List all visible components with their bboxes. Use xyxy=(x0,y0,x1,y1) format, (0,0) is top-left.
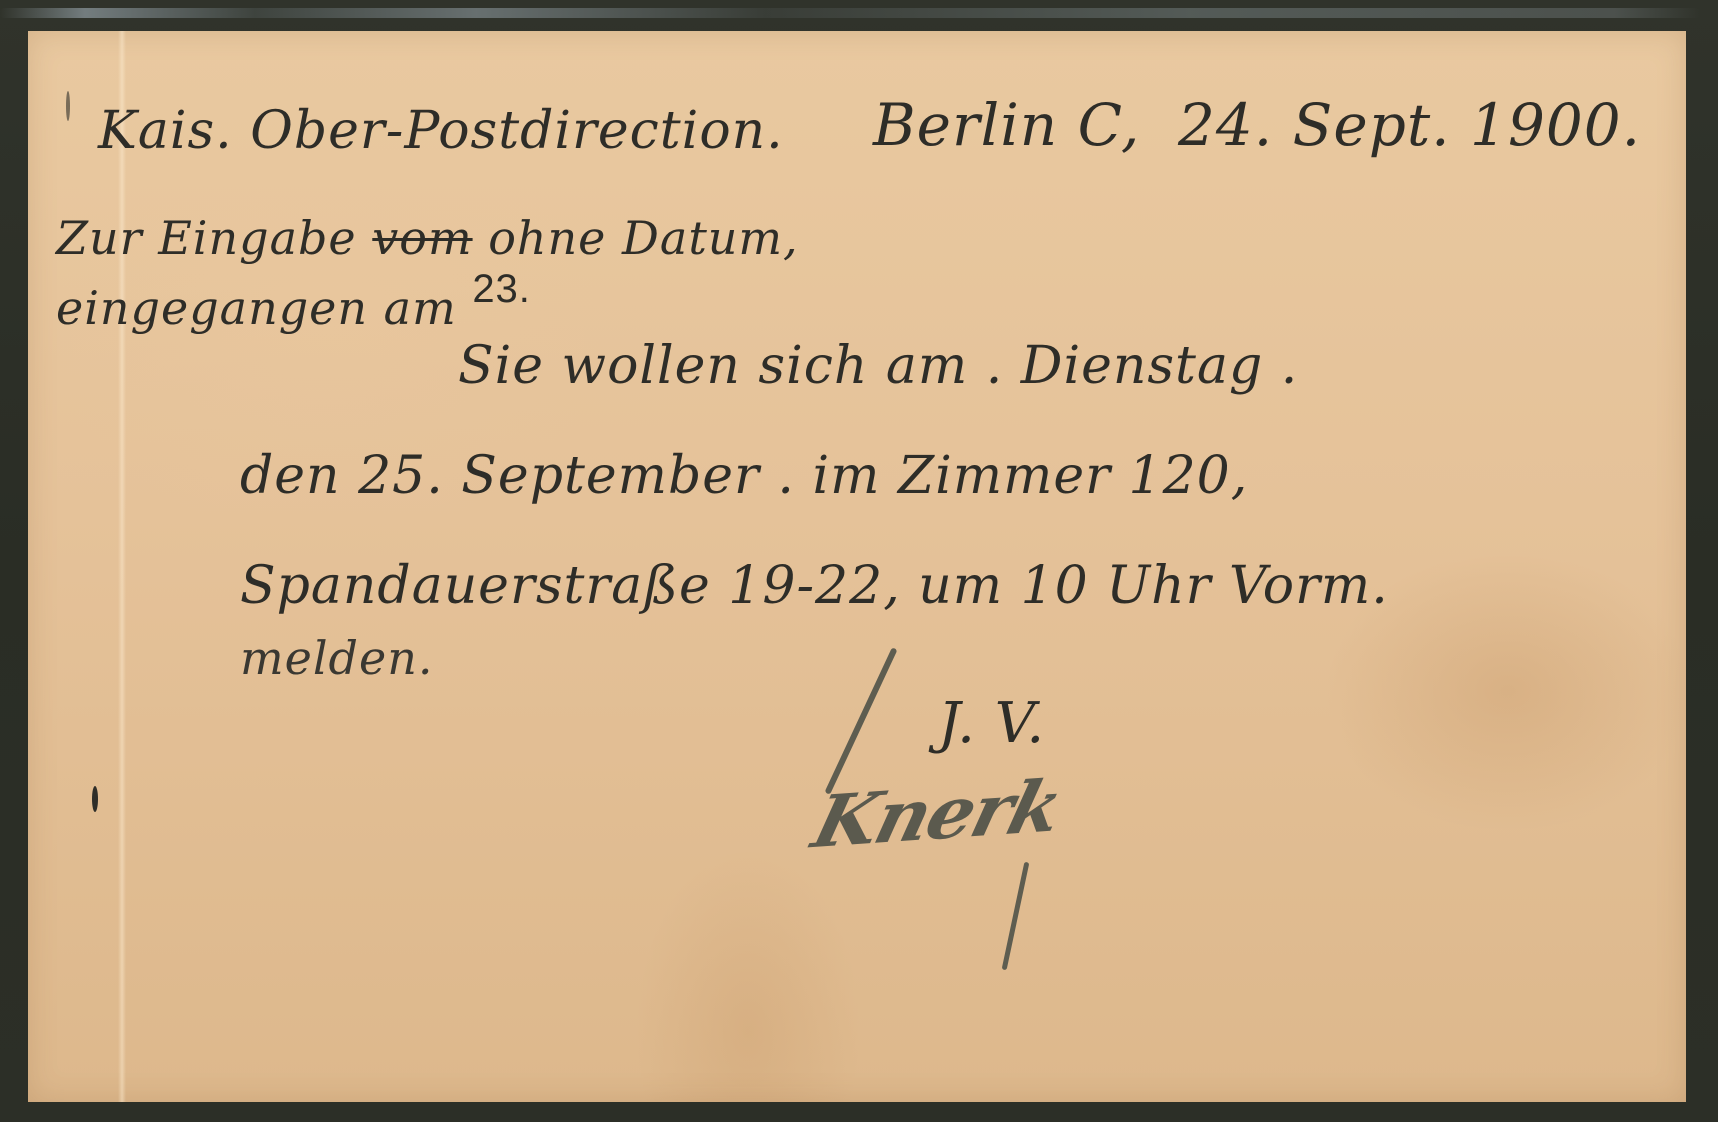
reference-suffix: ohne Datum, xyxy=(488,211,798,265)
reference-prefix: Zur Eingabe xyxy=(56,211,357,265)
body-line-1: Sie wollen sich am . Dienstag . xyxy=(458,336,1298,396)
body-line-3: Spandauerstraße 19-22, um 10 Uhr Vorm. xyxy=(240,556,1389,616)
card-fold-line xyxy=(118,31,126,1102)
protective-sleeve-glare xyxy=(0,8,1700,18)
reference-received: eingegangen am xyxy=(56,281,457,335)
header-place: Berlin C, xyxy=(873,91,1140,159)
reference-struck-word: vom xyxy=(372,211,472,265)
signature-flourish-stroke xyxy=(824,647,897,795)
reference-line-2: eingegangen am 23. xyxy=(56,281,531,335)
signature: Knerk xyxy=(805,763,1070,864)
ink-speck xyxy=(92,786,98,812)
pencil-tick xyxy=(66,91,70,121)
closing-initials: J. V. xyxy=(938,691,1045,756)
body-line-2: den 25. September . im Zimmer 120, xyxy=(240,446,1248,506)
body-line-4: melden. xyxy=(240,631,433,685)
reference-day-number: 23. xyxy=(472,267,531,311)
postcard: Kais. Ober-Postdirection. Berlin C, 24. … xyxy=(28,31,1686,1102)
scan-frame: Kais. Ober-Postdirection. Berlin C, 24. … xyxy=(0,0,1718,1122)
header-sender: Kais. Ober-Postdirection. xyxy=(98,101,784,161)
reference-line-1: Zur Eingabe vom ohne Datum, xyxy=(56,211,799,265)
header-date: 24. Sept. 1900. xyxy=(1178,91,1641,159)
signature-tail-stroke xyxy=(1002,862,1030,971)
